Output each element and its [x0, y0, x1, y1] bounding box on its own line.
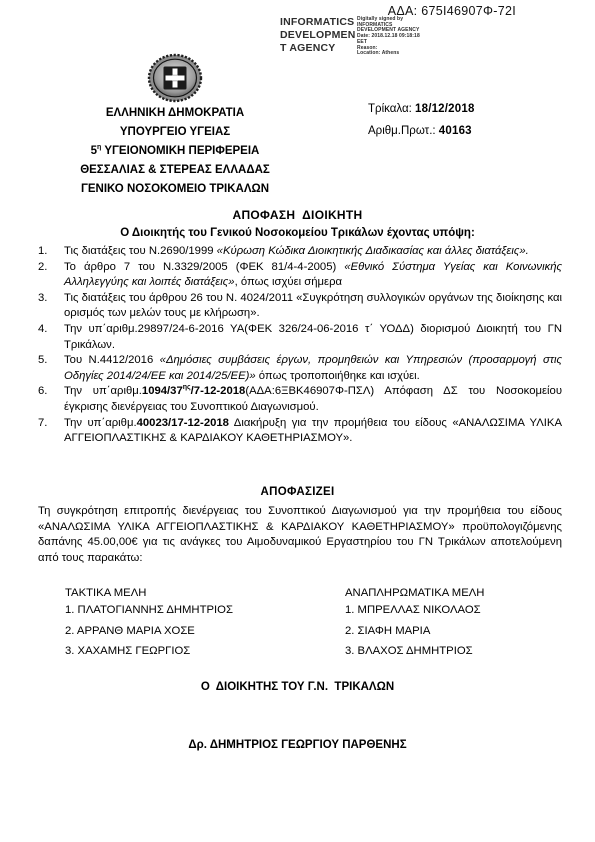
text-segment: Του Ν.4412/2016: [64, 354, 160, 366]
consideration-number: 4.: [38, 322, 64, 353]
consideration-text: Τις διατάξεις του άρθρου 26 του Ν. 4024/…: [64, 291, 562, 322]
text-segment: Την υπ΄αριθμ.: [64, 417, 137, 429]
protocol-line: Αριθμ.Πρωτ.: 40163: [368, 120, 475, 142]
place-date-value: 18/12/2018: [415, 103, 475, 115]
consideration-item: 6.Την υπ΄αριθμ.1094/37ης/7-12-2018(ΑΔΑ:6…: [38, 384, 562, 415]
protocol-label: Αριθμ.Πρωτ.:: [368, 125, 439, 137]
committee-member: 2. ΣΙΑΦΗ ΜΑΡΙΑ: [345, 624, 484, 640]
stamp-agency-name: INFORMATICS DEVELOPMEN T AGENCY: [280, 16, 352, 57]
consideration-item: 5.Του Ν.4412/2016 «Δημόσιες συμβάσεις έρ…: [38, 353, 562, 384]
consideration-text: Την υπ΄αριθμ.1094/37ης/7-12-2018(ΑΔΑ:6ΞΒ…: [64, 384, 562, 415]
text-segment: ΥΠΟΥΡΓΕΙΟ ΥΓΕΙΑΣ: [120, 126, 230, 138]
committee-member: 3. ΧΑΧΑΜΗΣ ΓΕΩΡΓΙΟΣ: [65, 644, 233, 660]
text-segment: ΕΛΛΗΝΙΚΗ ΔΗΜΟΚΡΑΤΙΑ: [106, 107, 244, 119]
consideration-text: Του Ν.4412/2016 «Δημόσιες συμβάσεις έργω…: [64, 353, 562, 384]
committee-column-header: ΑΝΑΠΛΗΡΩΜΑΤΙΚΑ ΜΕΛΗ: [345, 587, 484, 599]
text-segment: 40023/17-12-2018: [137, 417, 229, 429]
consideration-number: 5.: [38, 353, 64, 384]
greek-national-emblem-icon: [147, 53, 203, 108]
committee-column-header: ΤΑΚΤΙΚΑ ΜΕΛΗ: [65, 587, 233, 599]
committee-regular-column: ΤΑΚΤΙΚΑ ΜΕΛΗ1. ΠΛΑΤΟΓΙΑΝΝΗΣ ΔΗΜΗΤΡΙΟΣ2. …: [65, 587, 233, 665]
committee-member: 3. ΒΛΑΧΟΣ ΔΗΜΗΤΡΙΟΣ: [345, 644, 484, 660]
letterhead-org-line: ΕΛΛΗΝΙΚΗ ΔΗΜΟΚΡΑΤΙΑ: [30, 104, 320, 123]
consideration-item: 3.Τις διατάξεις του άρθρου 26 του Ν. 402…: [38, 291, 562, 322]
committee-alternate-column: ΑΝΑΠΛΗΡΩΜΑΤΙΚΑ ΜΕΛΗ1. ΜΠΡΕΛΛΑΣ ΝΙΚΟΛΑΟΣ2…: [345, 587, 484, 665]
letterhead-org-line: ΓΕΝΙΚΟ ΝΟΣΟΚΟΜΕΙΟ ΤΡΙΚΑΛΩΝ: [30, 180, 320, 199]
consideration-text: Την υπ΄αριθμ.40023/17-12-2018 Διακήρυξη …: [64, 416, 562, 447]
consideration-item: 4.Την υπ΄αριθμ.29897/24-6-2016 ΥΑ(ΦΕΚ 32…: [38, 322, 562, 353]
text-segment: όπως τροποποιήθηκε και ισχύει.: [256, 370, 420, 382]
consideration-text: Το άρθρο 7 του Ν.3329/2005 (ΦΕΚ 81/4-4-2…: [64, 260, 562, 291]
place-date-line: Τρίκαλα: 18/12/2018: [368, 98, 475, 120]
consideration-item: 1.Τις διατάξεις του Ν.2690/1999 «Κύρωση …: [38, 244, 562, 260]
text-segment: «Κύρωση Κώδικα Διοικητικής Διαδικασίας κ…: [217, 245, 529, 257]
consideration-number: 1.: [38, 244, 64, 260]
letterhead-org-line: ΥΠΟΥΡΓΕΙΟ ΥΓΕΙΑΣ: [30, 123, 320, 142]
consideration-item: 7.Την υπ΄αριθμ.40023/17-12-2018 Διακήρυξ…: [38, 416, 562, 447]
letterhead-org-line: ΘΕΣΣΑΛΙΑΣ & ΣΤΕΡΕΑΣ ΕΛΛΑΔΑΣ: [30, 161, 320, 180]
consideration-number: 3.: [38, 291, 64, 322]
committee-member: 2. ΑΡΡΑΝΘ ΜΑΡΙΑ ΧΟΣΕ: [65, 624, 233, 640]
consideration-number: 7.: [38, 416, 64, 447]
consideration-number: 2.: [38, 260, 64, 291]
signer-role: Ο ΔΙΟΙΚΗΤΗΣ ΤΟΥ Γ.Ν. ΤΡΙΚΑΛΩΝ: [0, 681, 595, 693]
decision-title: ΑΠΟΦΑΣΗ ΔΙΟΙΚΗΤΗ: [0, 208, 595, 222]
text-segment: /7-12-2018: [191, 385, 246, 397]
text-segment: ΘΕΣΣΑΛΙΑΣ & ΣΤΕΡΕΑΣ ΕΛΛΑΔΑΣ: [80, 164, 270, 176]
operative-heading: ΑΠΟΦΑΣΙΖΕΙ: [0, 486, 595, 498]
text-segment: ΥΓΕΙΟΝΟΜΙΚΗ ΠΕΡΙΦΕΡΕΙΑ: [101, 145, 259, 157]
signer-name: Δρ. ΔΗΜΗΤΡΙΟΣ ΓΕΩΡΓΙΟΥ ΠΑΡΘΕΝΗΣ: [0, 739, 595, 751]
text-segment: , όπως ισχύει σήμερα: [235, 276, 342, 288]
document-page: ΑΔΑ: 675Ι46907Φ-72Ι INFORMATICS DEVELOPM…: [0, 0, 595, 842]
text-segment: ΓΕΝΙΚΟ ΝΟΣΟΚΟΜΕΙΟ ΤΡΙΚΑΛΩΝ: [81, 183, 269, 195]
ada-code: ΑΔΑ: 675Ι46907Φ-72Ι: [0, 4, 516, 18]
consideration-text: Την υπ΄αριθμ.29897/24-6-2016 ΥΑ(ΦΕΚ 326/…: [64, 322, 562, 353]
consideration-item: 2.Το άρθρο 7 του Ν.3329/2005 (ΦΕΚ 81/4-4…: [38, 260, 562, 291]
text-segment: 1094/37: [142, 385, 183, 397]
letterhead-meta: Τρίκαλα: 18/12/2018 Αριθμ.Πρωτ.: 40163: [368, 98, 475, 142]
place-date-label: Τρίκαλα:: [368, 103, 415, 115]
considerations-list: 1.Τις διατάξεις του Ν.2690/1999 «Κύρωση …: [38, 244, 562, 447]
committee-member: 1. ΜΠΡΕΛΛΑΣ ΝΙΚΟΛΑΟΣ: [345, 603, 484, 619]
consideration-number: 6.: [38, 384, 64, 415]
text-segment: Το άρθρο 7 του Ν.3329/2005 (ΦΕΚ 81/4-4-2…: [64, 261, 344, 273]
protocol-value: 40163: [439, 125, 472, 137]
text-segment: Την υπ΄αριθμ.29897/24-6-2016 ΥΑ(ΦΕΚ 326/…: [64, 323, 562, 351]
stamp-signature-details: Digitally signed by INFORMATICS DEVELOPM…: [357, 16, 420, 57]
digital-signature-stamp: INFORMATICS DEVELOPMEN T AGENCY Digitall…: [280, 16, 420, 57]
text-segment: Τις διατάξεις του Ν.2690/1999: [64, 245, 217, 257]
decision-intro: Ο Διοικητής του Γενικού Νοσοκομείου Τρικ…: [0, 227, 595, 239]
text-segment: Τις διατάξεις του άρθρου 26 του Ν. 4024/…: [64, 292, 562, 320]
consideration-text: Τις διατάξεις του Ν.2690/1999 «Κύρωση Κώ…: [64, 244, 562, 260]
committee-member: 1. ΠΛΑΤΟΓΙΑΝΝΗΣ ΔΗΜΗΤΡΙΟΣ: [65, 603, 233, 619]
letterhead-org-lines: ΕΛΛΗΝΙΚΗ ΔΗΜΟΚΡΑΤΙΑΥΠΟΥΡΓΕΙΟ ΥΓΕΙΑΣ5η ΥΓ…: [30, 104, 320, 199]
text-segment: Την υπ΄αριθμ.: [64, 385, 142, 397]
operative-paragraph: Τη συγκρότηση επιτροπής διενέργειας του …: [38, 504, 562, 566]
letterhead-org-line: 5η ΥΓΕΙΟΝΟΜΙΚΗ ΠΕΡΙΦΕΡΕΙΑ: [30, 142, 320, 161]
text-segment: ης: [183, 385, 191, 392]
